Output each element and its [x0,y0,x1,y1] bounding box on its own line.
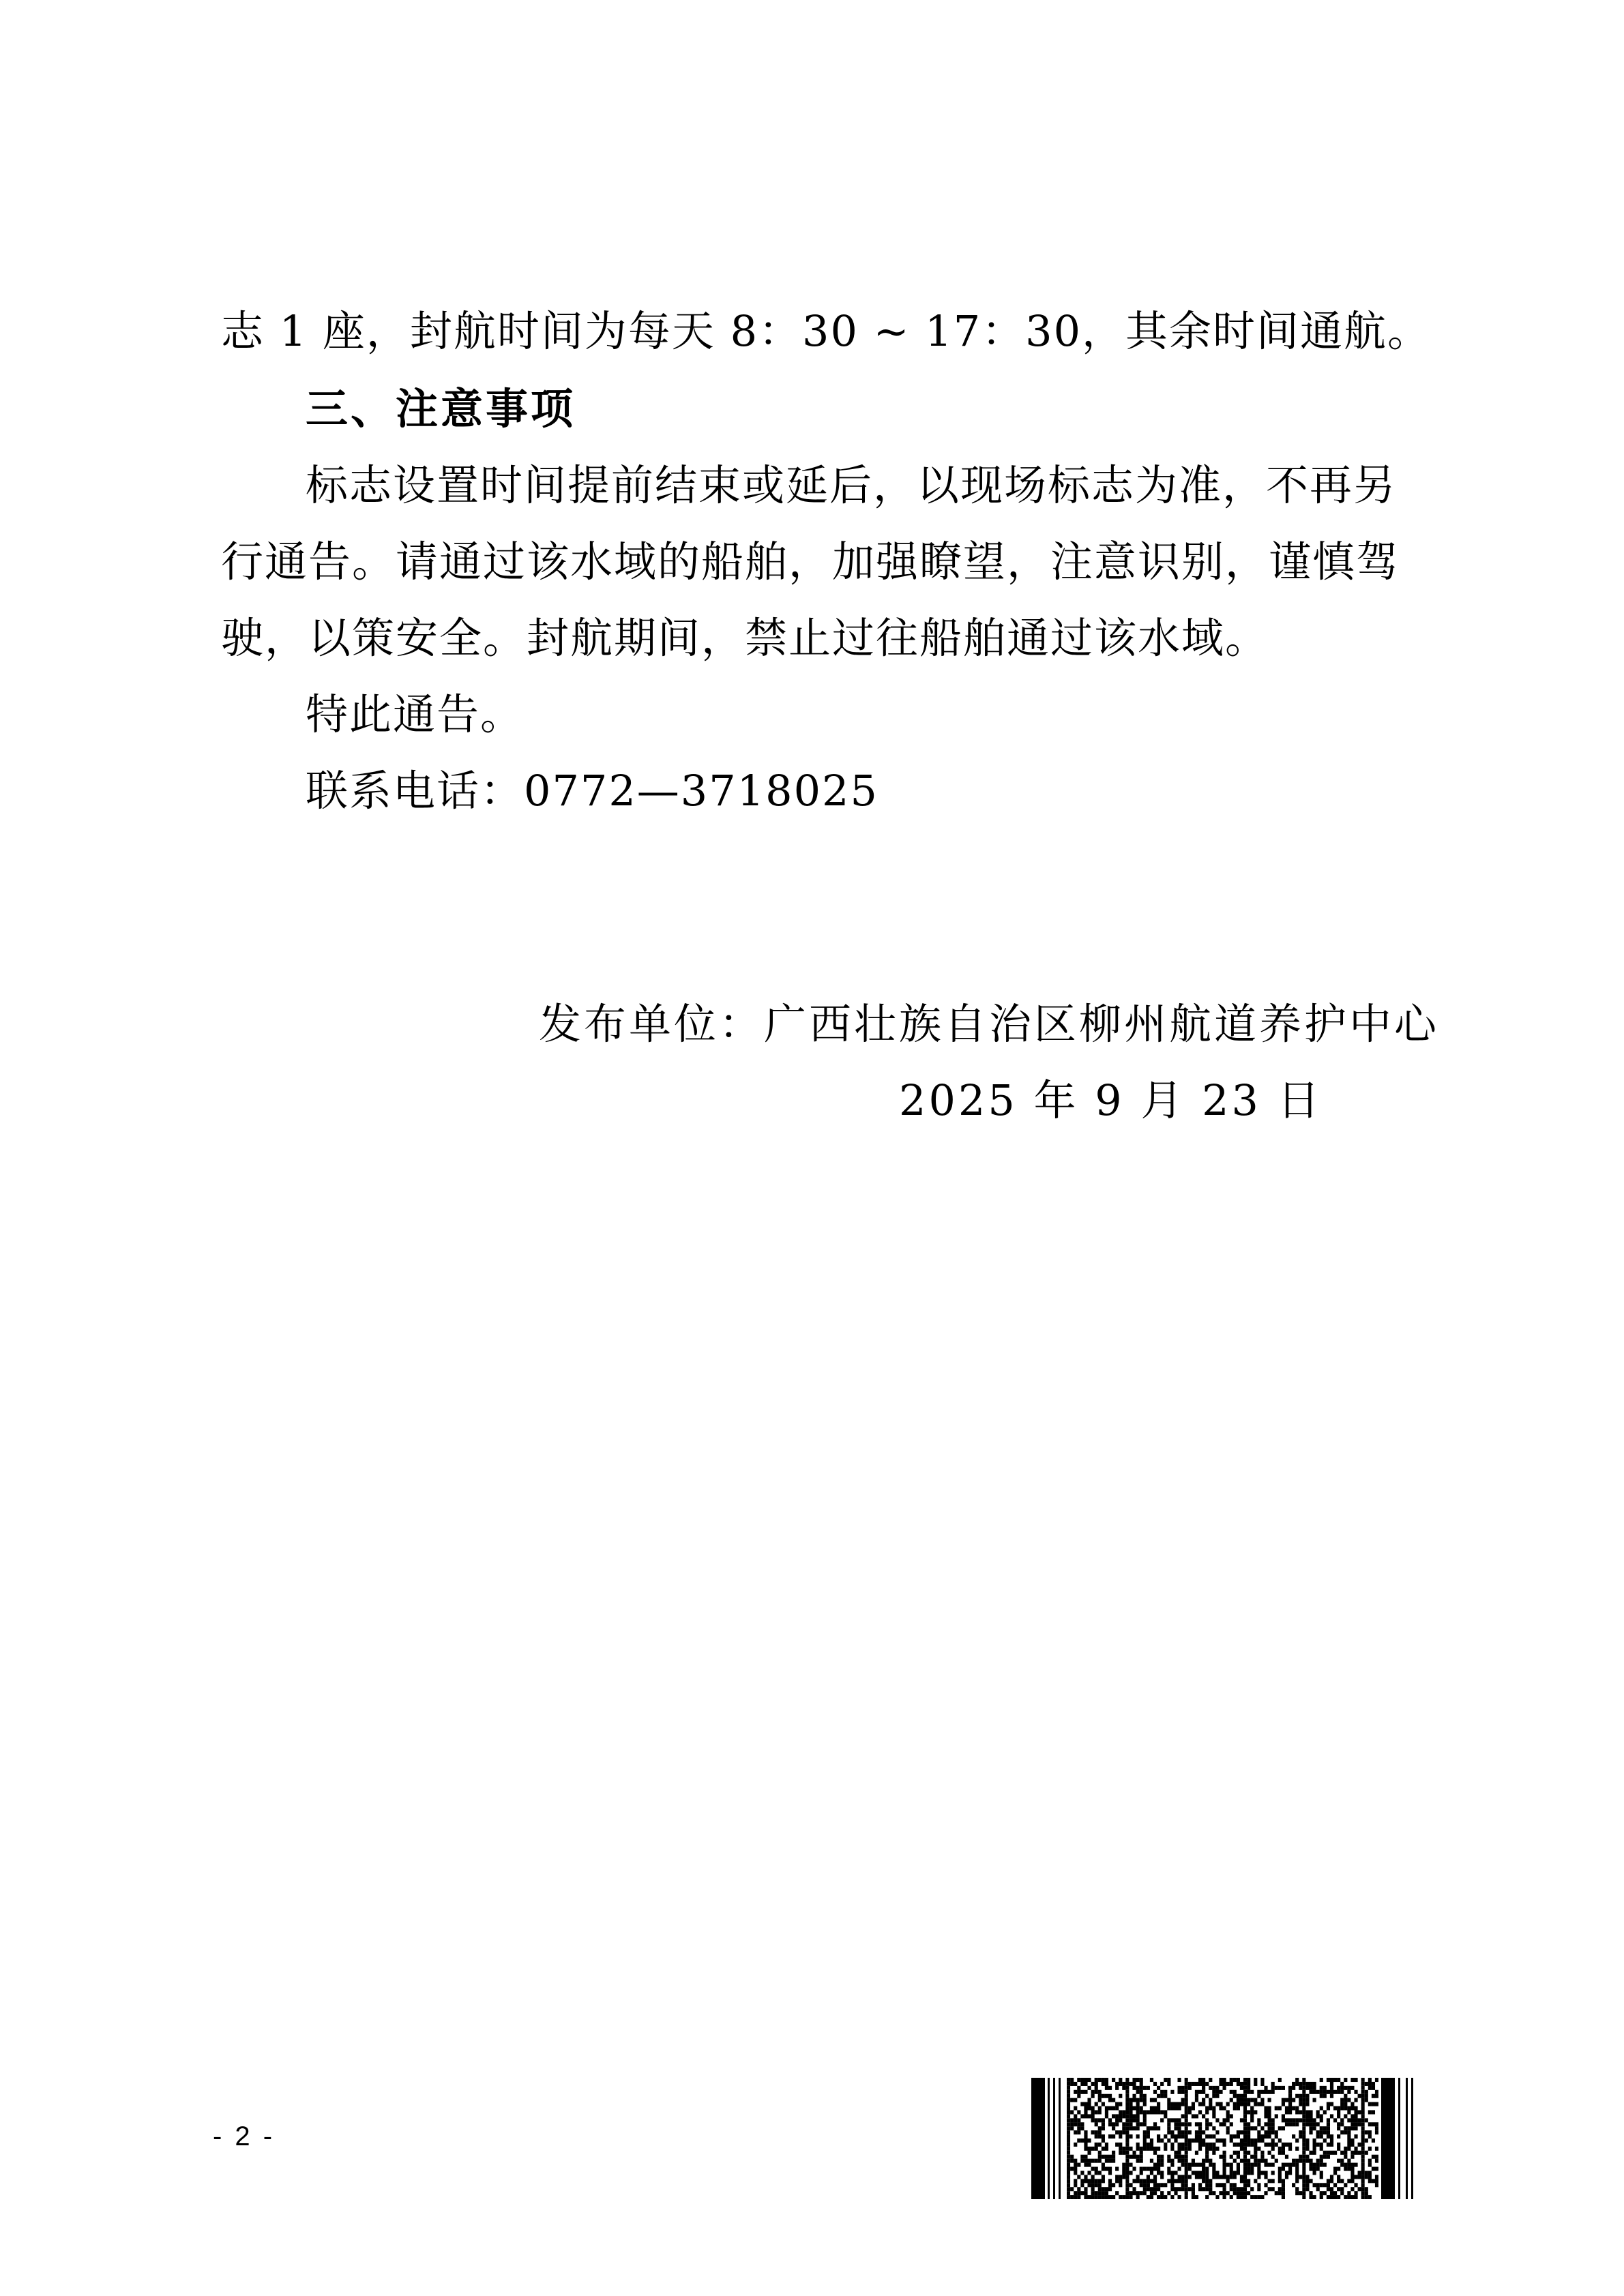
paragraph-line: 驶，以策安全。封航期间，禁止过往船舶通过该水域。 [221,611,1389,666]
barcode-data-matrix [1067,2078,1378,2199]
body-text-line: 志 1 座，封航时间为每天 8：30 ~ 17：30，其余时间通航。 [221,304,1389,359]
paragraph-line: 标志设置时间提前结束或延后，以现场标志为准，不再另 [306,458,1389,513]
page-number: - 2 - [213,2119,275,2153]
issuer-signature: 发布单位：广西壮族自治区柳州航道养护中心 [539,997,1439,1052]
section-heading: 三、注意事项 [306,382,1389,436]
contact-phone: 联系电话：0772—3718025 [306,764,1389,818]
paragraph-line: 行通告。请通过该水域的船舶，加强瞭望，注意识别，谨慎驾 [221,535,1389,589]
pdf417-barcode-icon [1031,2078,1413,2199]
closing-text: 特此通告。 [306,687,1389,742]
issue-date: 2025 年 9 月 23 日 [899,1073,1323,1128]
